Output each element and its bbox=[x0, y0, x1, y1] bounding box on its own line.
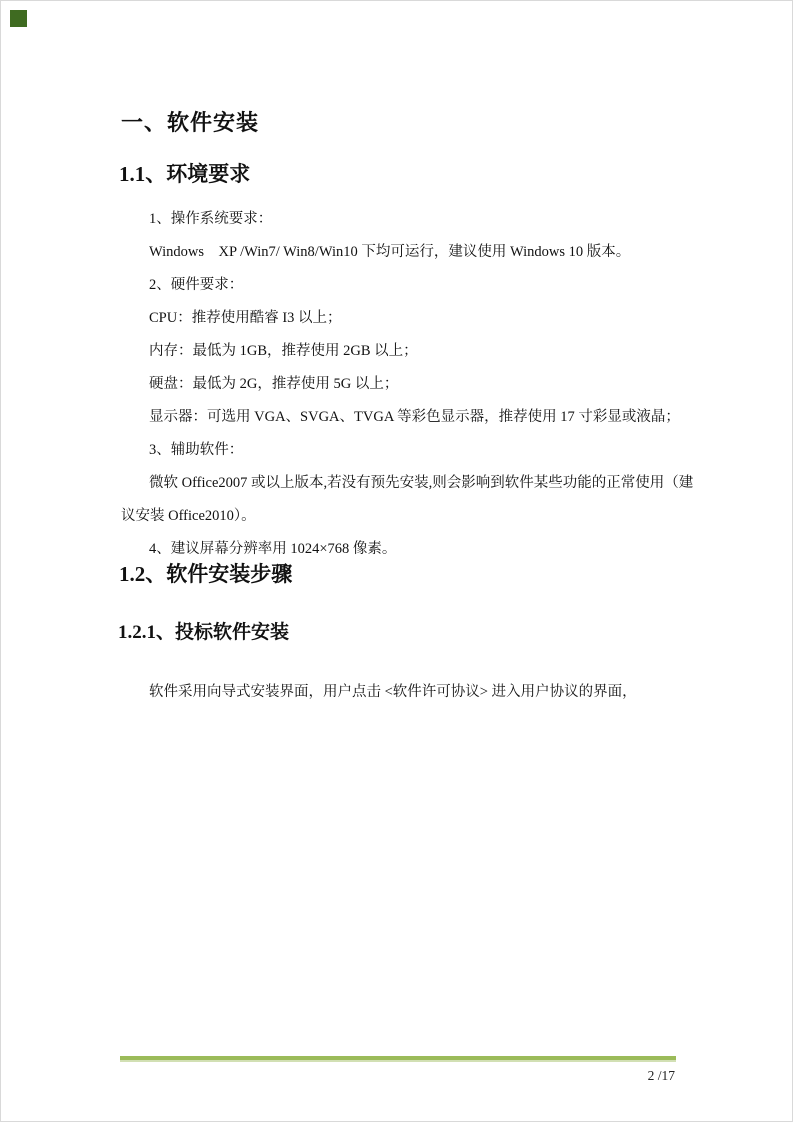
body-line: CPU：推荐使用酷睿 I3 以上； bbox=[121, 302, 721, 335]
body-line: Windows XP /Win7/ Win8/Win10 下均可运行，建议使用 … bbox=[121, 236, 721, 269]
body-line: 3、辅助软件： bbox=[121, 434, 721, 467]
chapter-heading: 一、软件安装 bbox=[121, 109, 259, 137]
body-line: 内存：最低为 1GB，推荐使用 2GB 以上； bbox=[121, 335, 721, 368]
body-line: 微软 Office2007 或以上版本,若没有预先安装,则会影响到软件某些功能的… bbox=[121, 467, 721, 500]
body-line: 议安装 Office2010）。 bbox=[121, 500, 721, 533]
footer-divider-line bbox=[120, 1056, 676, 1060]
body-line: 显示器：可选用 VGA、SVGA、TVGA 等彩色显示器，推荐使用 17 寸彩显… bbox=[121, 401, 721, 434]
corner-marker-square bbox=[10, 10, 27, 27]
section-heading-install-steps: 1.2、软件安装步骤 bbox=[119, 561, 292, 588]
body-line: 1、操作系统要求： bbox=[121, 203, 721, 236]
document-page: 一、软件安装 1.1、环境要求 1、操作系统要求： Windows XP /Wi… bbox=[0, 0, 793, 1122]
install-wizard-paragraph: 软件采用向导式安装界面，用户点击 <软件许可协议> 进入用户协议的界面， bbox=[121, 676, 721, 709]
section-heading-environment: 1.1、环境要求 bbox=[119, 161, 250, 188]
body-line: 2、硬件要求： bbox=[121, 269, 721, 302]
environment-requirements-text: 1、操作系统要求： Windows XP /Win7/ Win8/Win10 下… bbox=[121, 203, 721, 566]
body-line: 硬盘：最低为 2G，推荐使用 5G 以上； bbox=[121, 368, 721, 401]
subsection-heading-bid-software-install: 1.2.1、投标软件安装 bbox=[118, 620, 289, 645]
page-number: 2 /17 bbox=[648, 1067, 675, 1085]
